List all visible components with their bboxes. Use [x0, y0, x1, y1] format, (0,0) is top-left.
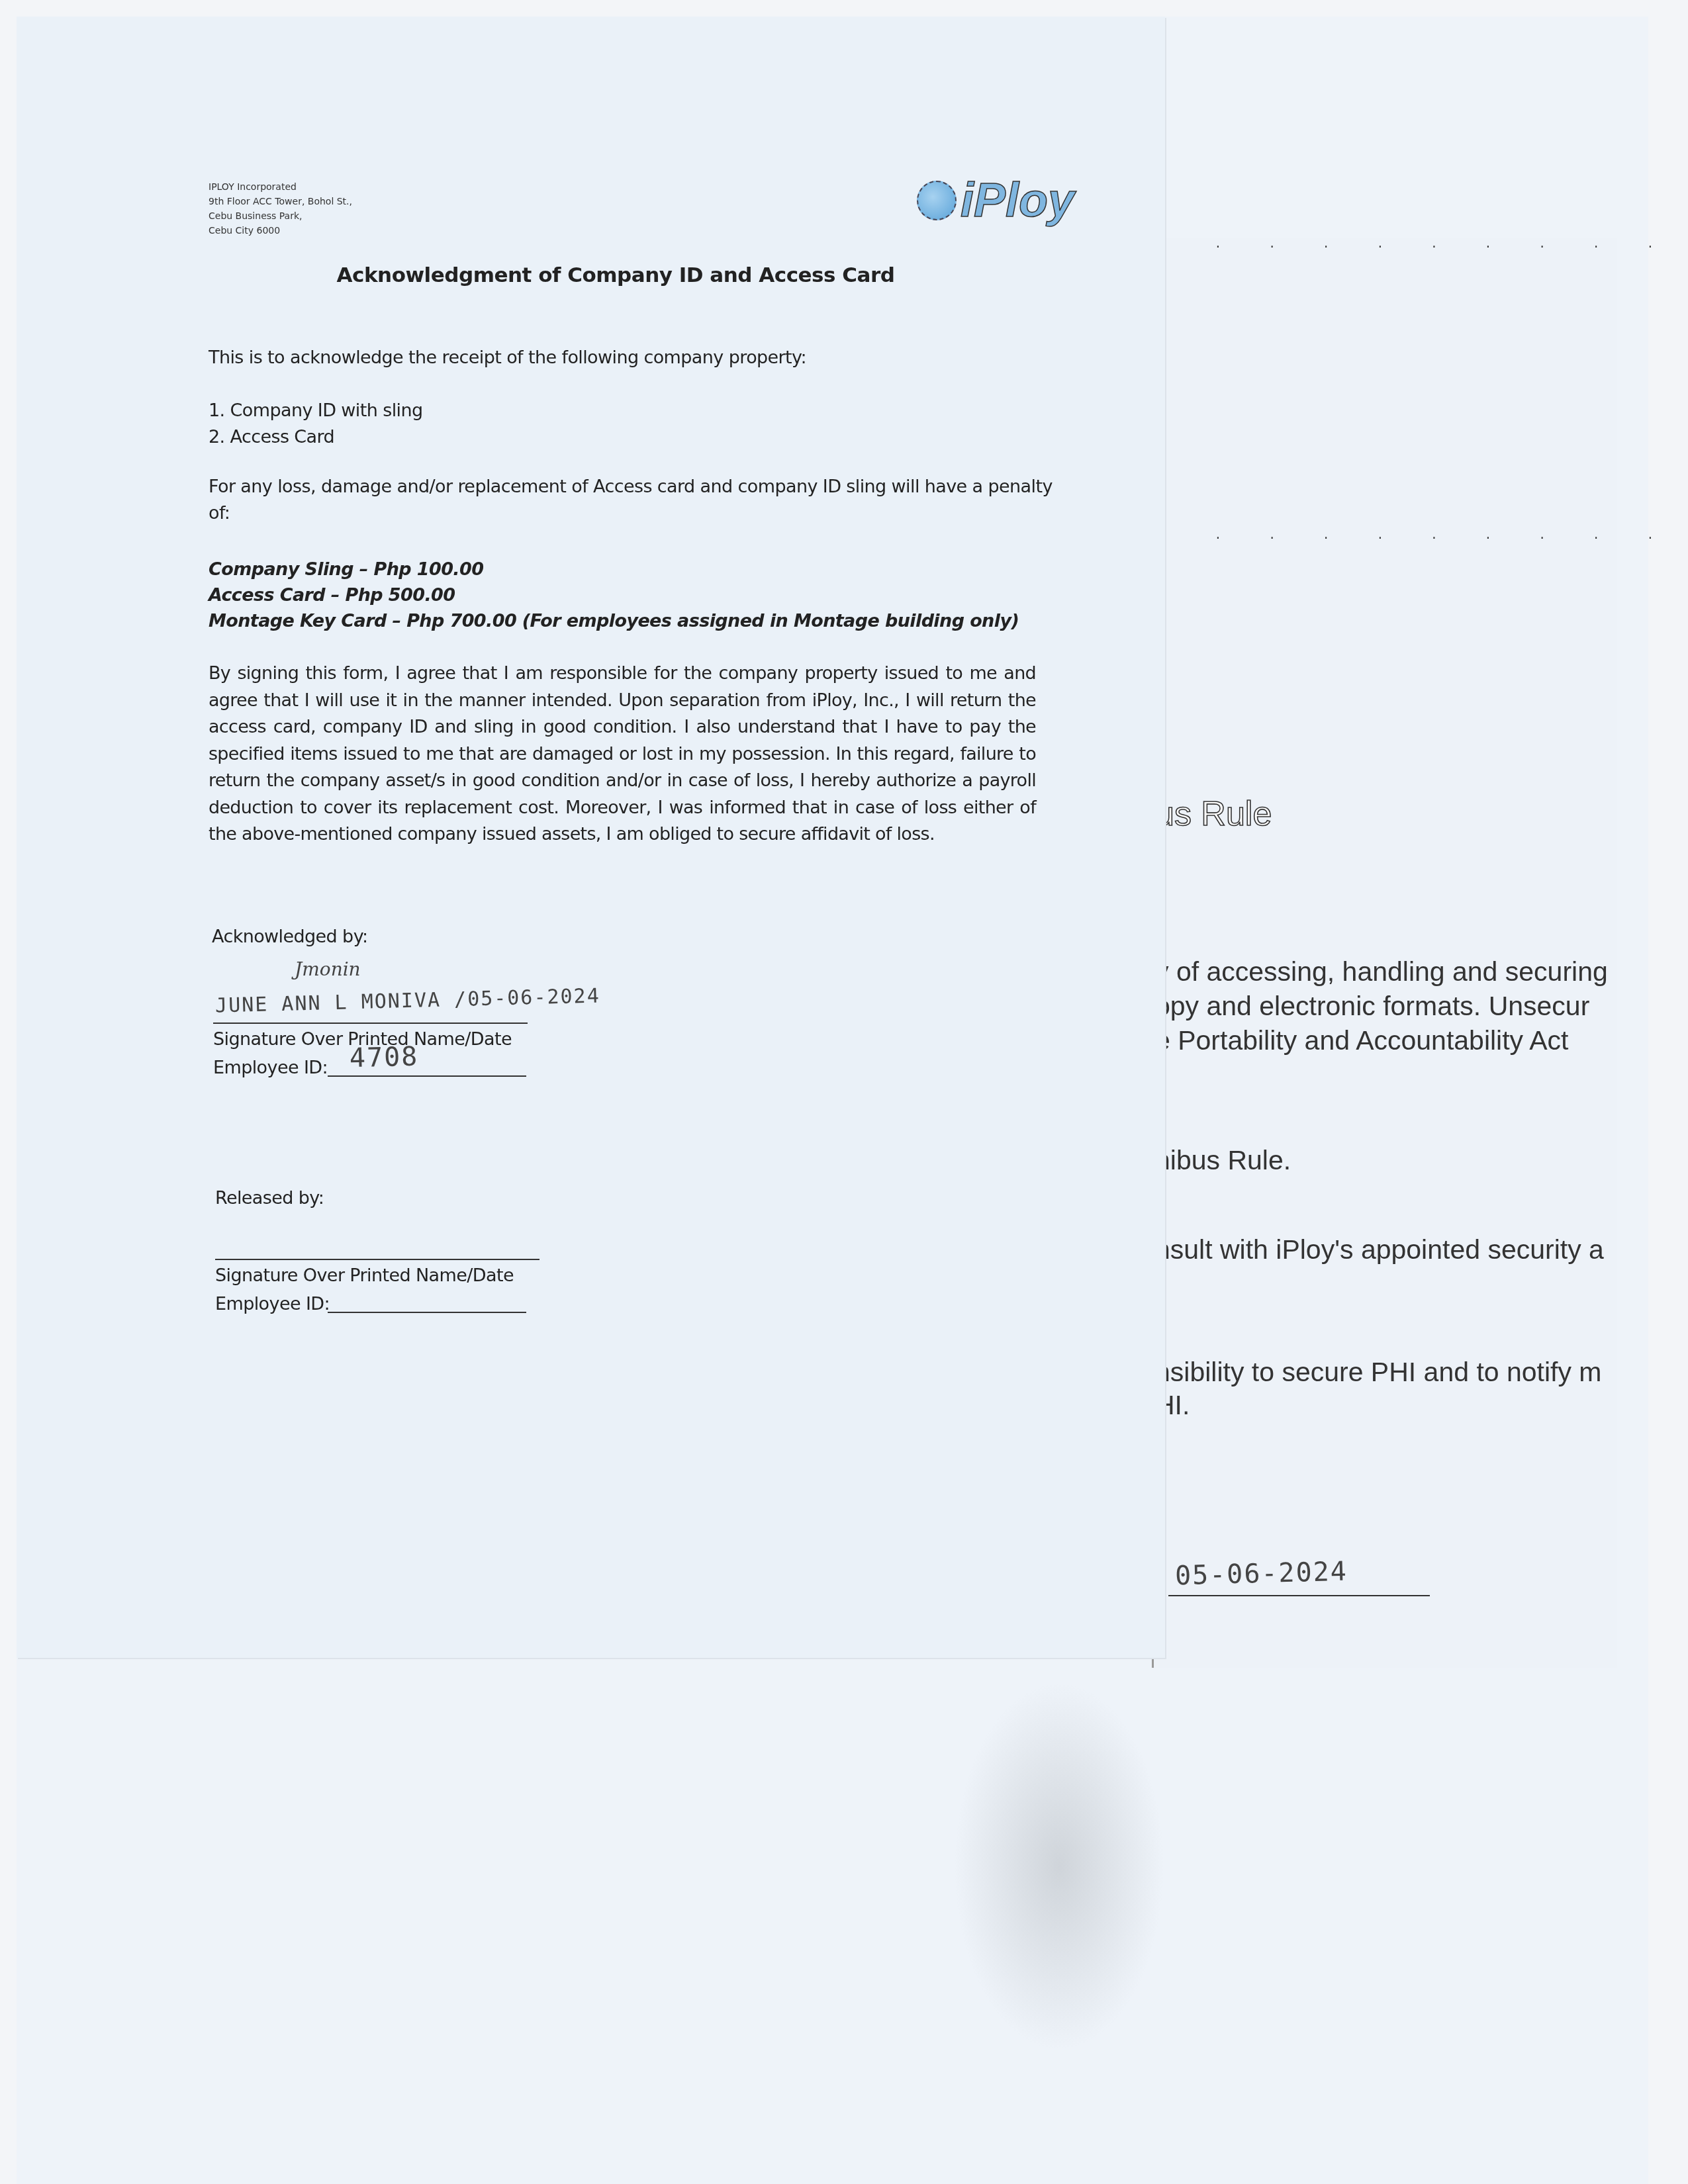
globe-icon: [917, 181, 957, 220]
employee-id-line: [328, 1312, 526, 1313]
penalty-item: Company Sling – Php 100.00: [209, 559, 483, 580]
agreement-paragraph: By signing this form, I agree that I am …: [209, 660, 1036, 848]
penalty-intro: For any loss, damage and/or replacement …: [209, 477, 1053, 497]
penalty-intro: of:: [209, 503, 230, 523]
property-item: 2. Access Card: [209, 427, 334, 447]
address-line: Cebu City 6000: [209, 224, 352, 238]
document-title: Acknowledgment of Company ID and Access …: [0, 263, 1231, 287]
bleed-dots: . . . . . . . . . . .: [1160, 238, 1688, 251]
acknowledged-label: Acknowledged by:: [212, 927, 368, 947]
underlying-line: e Portability and Accountability Act: [1155, 1025, 1568, 1056]
penalty-item: Montage Key Card – Php 700.00 (For emplo…: [209, 611, 1019, 631]
employee-id-label: Employee ID:: [213, 1058, 328, 1078]
iploy-logo: iPloy: [917, 173, 1074, 228]
signature: Jmonin: [295, 958, 361, 980]
underlying-line: nsibility to secure PHI and to notify m: [1155, 1357, 1602, 1388]
address-line: IPLOY Incorporated: [209, 180, 352, 195]
address-line: 9th Floor ACC Tower, Bohol St.,: [209, 195, 352, 209]
company-address: IPLOY Incorporated 9th Floor ACC Tower, …: [209, 180, 352, 238]
signature-line: [215, 1259, 539, 1260]
underlying-page-sheet: . . . . . . . . . . . . . . . . . . . . …: [1152, 238, 1617, 1668]
released-label: Released by:: [215, 1188, 324, 1208]
underlying-title: us Rule: [1155, 794, 1272, 834]
intro-text: This is to acknowledge the receipt of th…: [209, 347, 806, 368]
penalty-item: Access Card – Php 500.00: [209, 585, 455, 606]
underlying-line: nibus Rule.: [1155, 1145, 1291, 1176]
property-item: 1. Company ID with sling: [209, 400, 423, 421]
date-line: [1168, 1595, 1430, 1596]
scan-smudge: [953, 1681, 1165, 2052]
handwritten-date: 05-06-2024: [1174, 1557, 1348, 1592]
underlying-line: nsult with iPloy's appointed security a: [1155, 1234, 1604, 1265]
address-line: Cebu Business Park,: [209, 209, 352, 224]
signature-caption: Signature Over Printed Name/Date: [215, 1265, 514, 1286]
bleed-dots: . . . . . . . . . . .: [1160, 529, 1688, 543]
underlying-line: y of accessing, handling and securing: [1155, 956, 1608, 987]
signature-line: [213, 1023, 528, 1024]
logo-text: iPloy: [961, 173, 1074, 228]
employee-id-label: Employee ID:: [215, 1294, 330, 1314]
employee-id-value: 4708: [349, 1042, 418, 1074]
underlying-line: opy and electronic formats. Unsecur: [1155, 991, 1589, 1022]
employee-id-line: [328, 1075, 526, 1077]
